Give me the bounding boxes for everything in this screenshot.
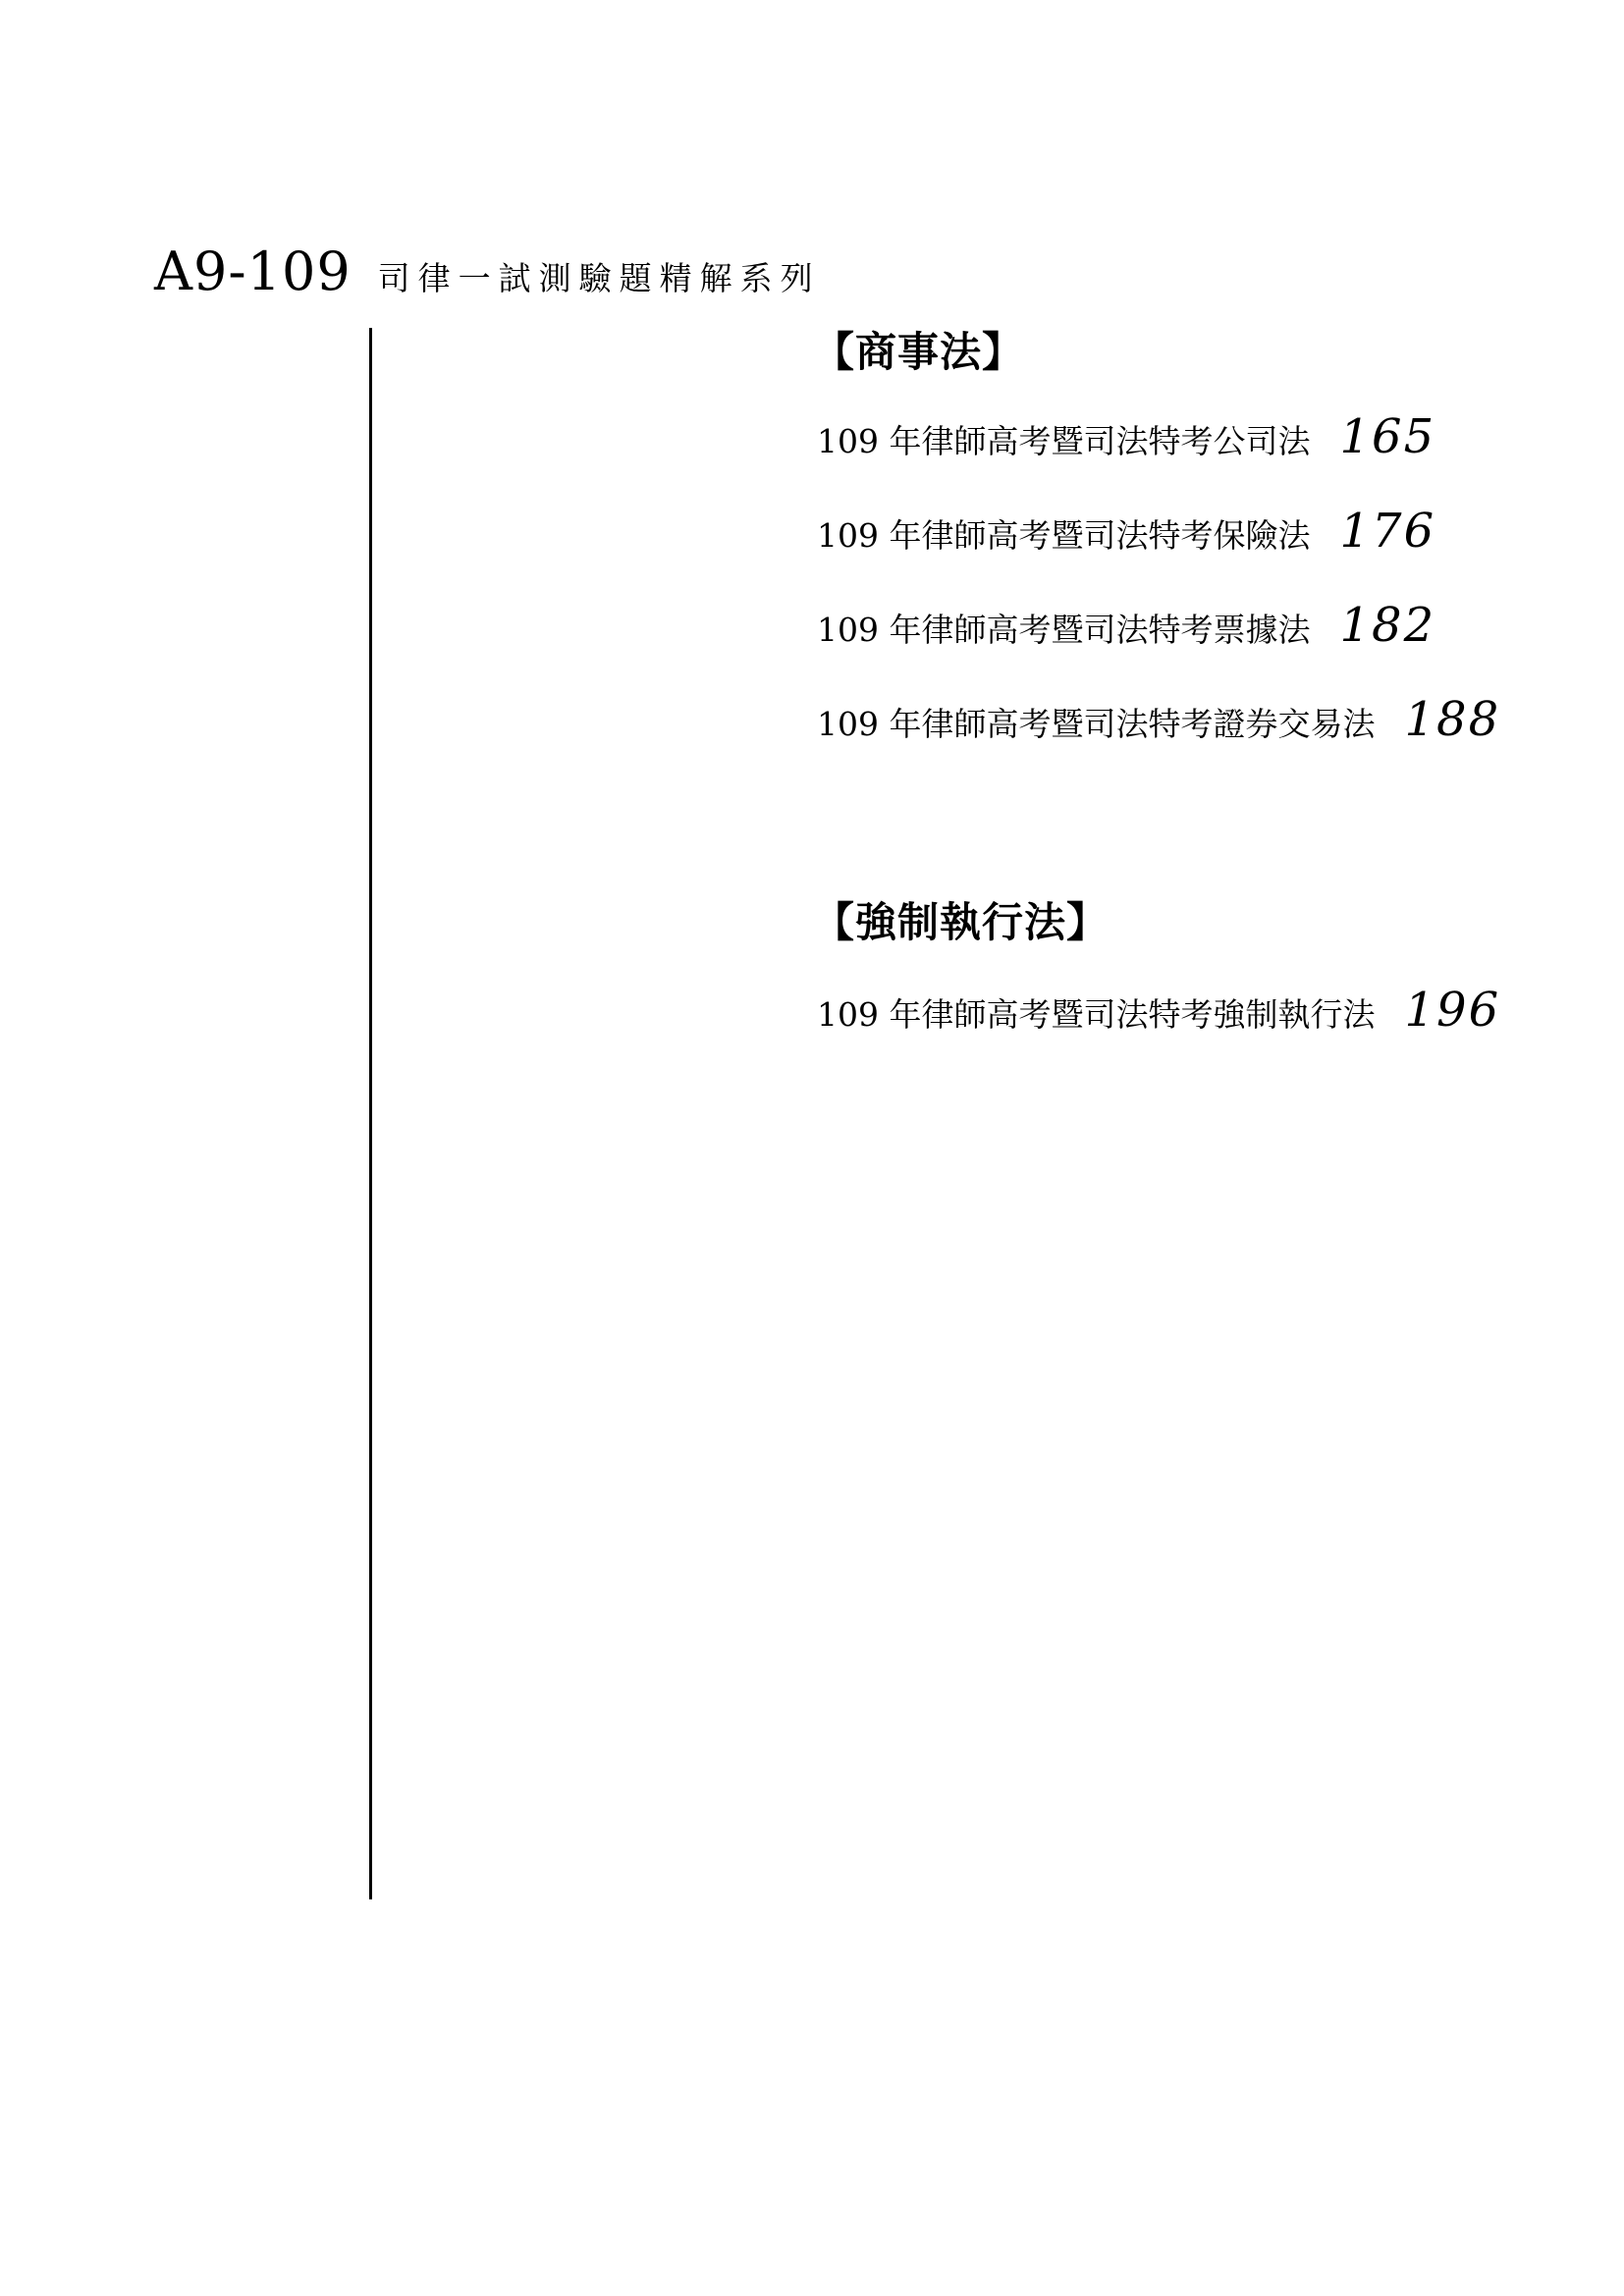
toc-entry-label: 109 年律師高考暨司法特考公司法 bbox=[817, 425, 1310, 457]
document-page: A9-109 司律一試測驗題精解系列 【商事法】 109 年律師高考暨司法特考公… bbox=[0, 0, 1624, 2296]
page-header: A9-109 司律一試測驗題精解系列 bbox=[154, 245, 821, 298]
toc-entry-label: 109 年律師高考暨司法特考證券交易法 bbox=[817, 708, 1375, 740]
toc-entry: 109 年律師高考暨司法特考強制執行法 196 bbox=[817, 987, 1500, 1034]
vertical-rule bbox=[369, 328, 372, 1899]
toc-entry: 109 年律師高考暨司法特考票據法 182 bbox=[817, 602, 1435, 649]
section-title-compulsory-enforcement-law: 【強制執行法】 bbox=[813, 902, 1109, 943]
toc-entry-page-number: 196 bbox=[1404, 987, 1500, 1034]
section-title-commercial-law: 【商事法】 bbox=[813, 332, 1024, 373]
toc-entry-label: 109 年律師高考暨司法特考保險法 bbox=[817, 519, 1310, 552]
toc-entry-page-number: 182 bbox=[1339, 602, 1435, 649]
toc-entry-label: 109 年律師高考暨司法特考強制執行法 bbox=[817, 998, 1375, 1031]
book-code: A9-109 bbox=[154, 245, 352, 298]
series-title: 司律一試測驗題精解系列 bbox=[378, 262, 821, 294]
toc-entry: 109 年律師高考暨司法特考證券交易法 188 bbox=[817, 696, 1500, 743]
toc-entry-page-number: 188 bbox=[1404, 696, 1500, 743]
toc-entry-label: 109 年律師高考暨司法特考票據法 bbox=[817, 614, 1310, 646]
toc-entry-page-number: 176 bbox=[1339, 507, 1435, 555]
toc-entry: 109 年律師高考暨司法特考保險法 176 bbox=[817, 507, 1435, 555]
toc-entry-page-number: 165 bbox=[1339, 413, 1435, 460]
toc-entry: 109 年律師高考暨司法特考公司法 165 bbox=[817, 413, 1435, 460]
